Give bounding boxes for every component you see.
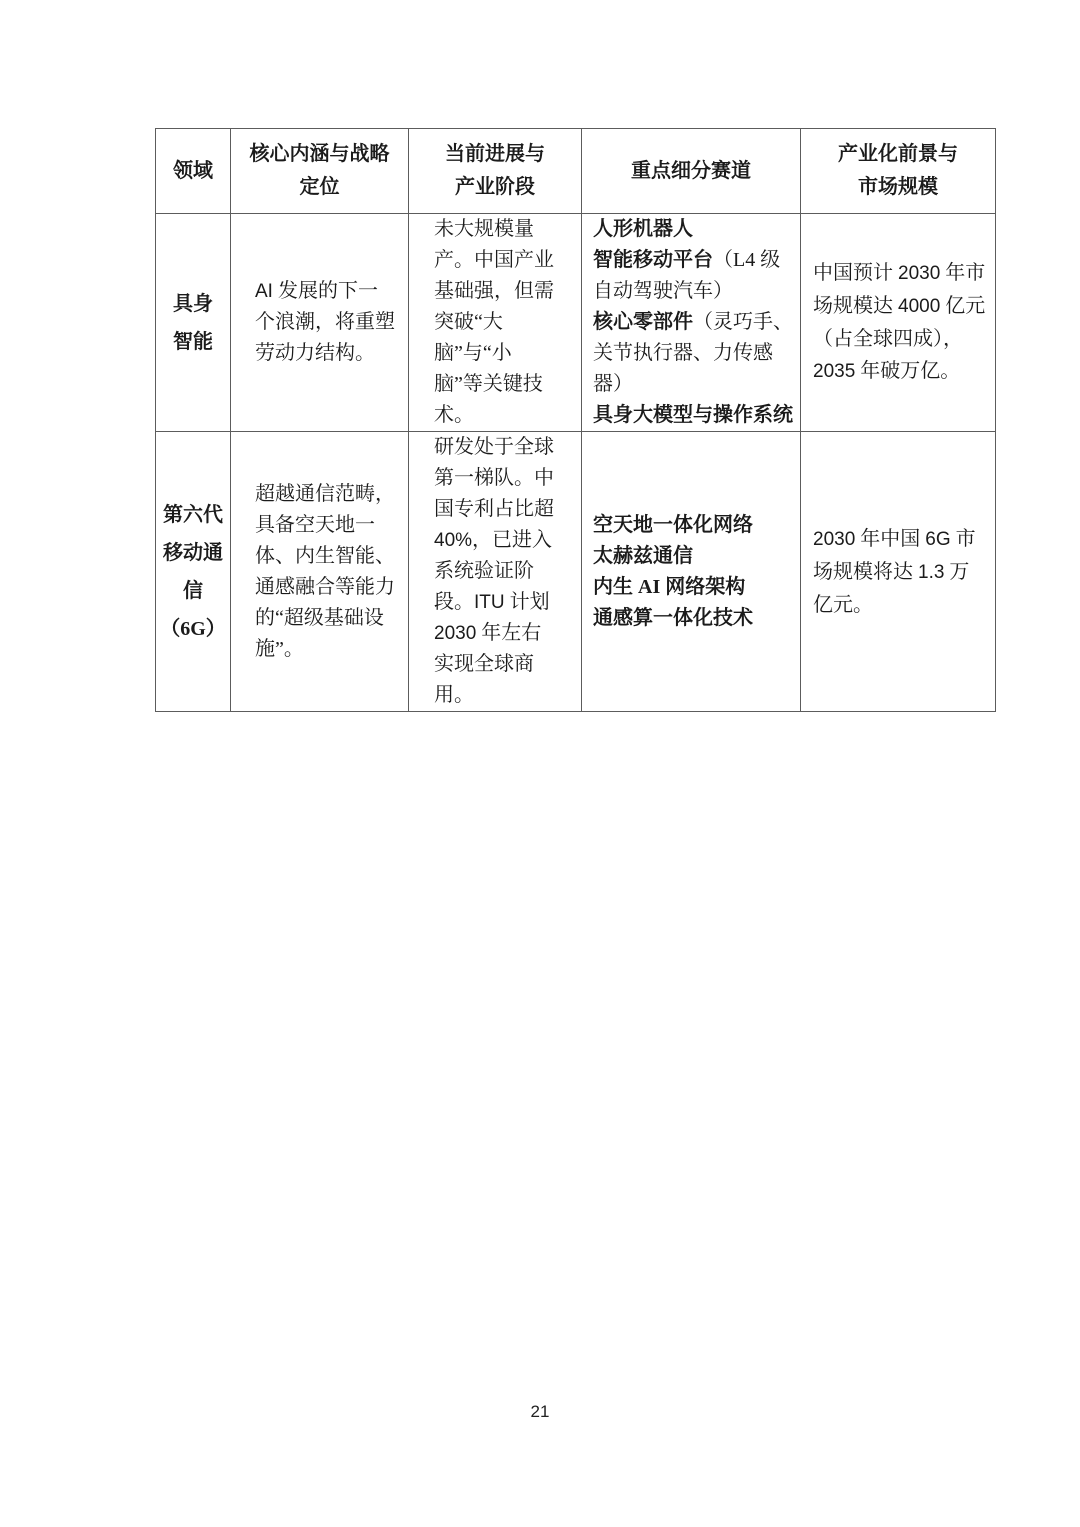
track-item: 通感算一体化技术 — [593, 607, 753, 629]
track-item: 具身大模型与操作系统 — [593, 404, 793, 426]
header-market-outlook: 产业化前景与 市场规模 — [801, 129, 996, 214]
header-key-tracks: 重点细分赛道 — [582, 129, 801, 214]
core-text: AI 发展的下一个浪潮，将重塑劳动力结构。 — [231, 276, 408, 369]
header-domain: 领域 — [156, 129, 231, 214]
market-text: 2030 年中国 6G 市场规模将达 1.3 万亿元。 — [801, 523, 995, 621]
header-progress-stage: 当前进展与 产业阶段 — [409, 129, 582, 214]
cell-key-tracks: 人形机器人 智能移动平台（L4 级自动驾驶汽车） 核心零部件（灵巧手、关节执行器… — [582, 214, 801, 432]
page-number: 21 — [0, 1402, 1080, 1422]
document-page: 领域 核心内涵与战略 定位 当前进展与 产业阶段 重点细分赛道 产业化前景与 市… — [0, 0, 1080, 1527]
cell-market-outlook: 2030 年中国 6G 市场规模将达 1.3 万亿元。 — [801, 432, 996, 712]
track-item: 空天地一体化网络 — [593, 514, 753, 536]
tracks-list: 空天地一体化网络 太赫兹通信 内生 AI 网络架构 通感算一体化技术 — [582, 510, 800, 634]
track-item: 人形机器人 — [593, 218, 693, 240]
cell-core-positioning: AI 发展的下一个浪潮，将重塑劳动力结构。 — [231, 214, 409, 432]
progress-text: 未大规模量产。中国产业基础强，但需突破“大脑”与“小脑”等关键技术。 — [409, 214, 581, 431]
table-header-row: 领域 核心内涵与战略 定位 当前进展与 产业阶段 重点细分赛道 产业化前景与 市… — [156, 129, 996, 214]
track-item: 智能移动平台 — [593, 249, 713, 271]
progress-text: 研发处于全球第一梯队。中国专利占比超 40%，已进入系统验证阶段。ITU 计划 … — [409, 432, 581, 711]
cell-progress-stage: 未大规模量产。中国产业基础强，但需突破“大脑”与“小脑”等关键技术。 — [409, 214, 582, 432]
track-item: 核心零部件 — [593, 311, 693, 333]
table-row-embodied-ai: 具身 智能 AI 发展的下一个浪潮，将重塑劳动力结构。 未大规模量产。中国产业基… — [156, 214, 996, 432]
header-core-positioning: 核心内涵与战略 定位 — [231, 129, 409, 214]
market-text: 中国预计 2030 年市场规模达 4000 亿元（占全球四成），2035 年破万… — [801, 257, 995, 388]
cell-progress-stage: 研发处于全球第一梯队。中国专利占比超 40%，已进入系统验证阶段。ITU 计划 … — [409, 432, 582, 712]
cell-market-outlook: 中国预计 2030 年市场规模达 4000 亿元（占全球四成），2035 年破万… — [801, 214, 996, 432]
track-item: 太赫兹通信 — [593, 545, 693, 567]
cell-domain: 第六代 移动通 信（6G） — [156, 432, 231, 712]
table-row-6g: 第六代 移动通 信（6G） 超越通信范畴，具备空天地一体、内生智能、通感融合等能… — [156, 432, 996, 712]
domain-label: 第六代 移动通 信（6G） — [156, 496, 230, 648]
cell-core-positioning: 超越通信范畴，具备空天地一体、内生智能、通感融合等能力的“超级基础设施”。 — [231, 432, 409, 712]
tech-domains-table: 领域 核心内涵与战略 定位 当前进展与 产业阶段 重点细分赛道 产业化前景与 市… — [155, 128, 996, 712]
domain-label: 具身 智能 — [156, 285, 230, 361]
core-text: 超越通信范畴，具备空天地一体、内生智能、通感融合等能力的“超级基础设施”。 — [231, 479, 408, 665]
cell-key-tracks: 空天地一体化网络 太赫兹通信 内生 AI 网络架构 通感算一体化技术 — [582, 432, 801, 712]
tracks-list: 人形机器人 智能移动平台（L4 级自动驾驶汽车） 核心零部件（灵巧手、关节执行器… — [582, 214, 800, 431]
track-item: 内生 AI 网络架构 — [593, 576, 745, 598]
cell-domain: 具身 智能 — [156, 214, 231, 432]
